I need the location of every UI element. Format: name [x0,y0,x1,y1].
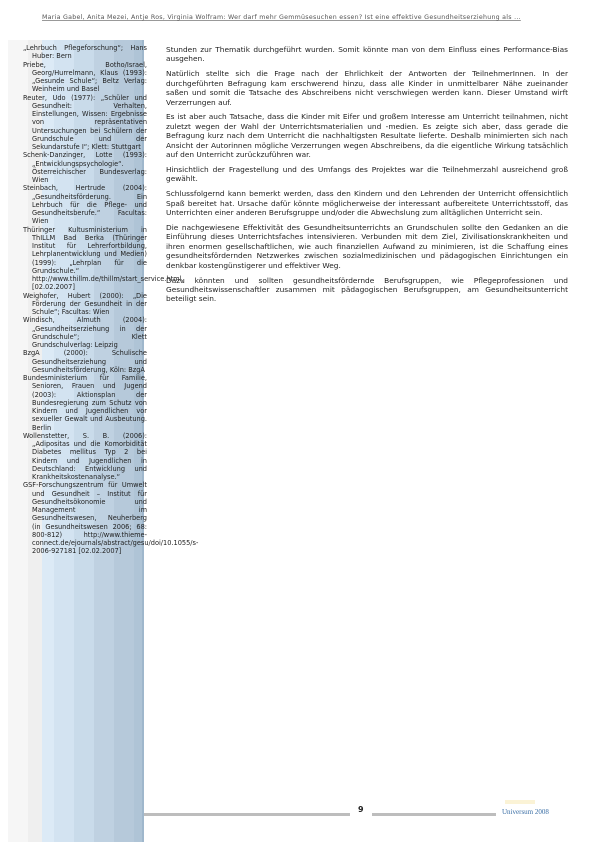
body-paragraph: Stunden zur Thematik durchgeführt wurden… [166,45,568,64]
reference-item: Schenk-Danzinger, Lotte (1993): „Entwick… [23,151,147,184]
reference-item: Weighofer, Hubert (2000): „Die Förderung… [23,292,147,317]
running-title: Maria Gabel, Anita Mezei, Antje Ros, Vir… [42,14,521,21]
running-header: Maria Gabel, Anita Mezei, Antje Ros, Vir… [0,0,595,26]
reference-item: GSF-Forschungszentrum für Umwelt und Ges… [23,481,147,555]
reference-item: Bundesministerium für Familie, Senioren,… [23,374,147,432]
page-number: 9 [358,805,364,814]
main-body-text: Stunden zur Thematik durchgeführt wurden… [166,45,568,309]
footer-rule [372,813,496,816]
body-paragraph: Dazu könnten und sollten gesundheitsförd… [166,276,568,304]
reference-list: „Lehrbuch Pflegeforschung“; Hans Huber: … [23,44,147,556]
reference-item: Steinbach, Hertrude (2004): „Gesundheits… [23,184,147,225]
reference-item: Windisch, Almuth (2004): „Gesundheitserz… [23,316,147,349]
footer-highlight [505,800,535,804]
reference-item: Wollenstetter, S. B. (2006): „Adipositas… [23,432,147,482]
reference-item: Reuter, Udo (1977): „Schüler und Gesundh… [23,94,147,152]
footer-rule [144,813,350,816]
footer-issue-label: Universum 2008 [502,808,549,816]
reference-item: BzgA (2000): Schulische Gesundheitserzie… [23,349,147,374]
body-paragraph: Natürlich stellte sich die Frage nach de… [166,69,568,107]
body-paragraph: Die nachgewiesene Effektivität des Gesun… [166,223,568,270]
reference-item: Priebe, Botho/Israel, Georg/Hurrelmann, … [23,61,147,94]
body-paragraph: Hinsichtlich der Fragestellung und des U… [166,165,568,184]
reference-item: „Lehrbuch Pflegeforschung“; Hans Huber: … [23,44,147,61]
body-paragraph: Es ist aber auch Tatsache, dass die Kind… [166,112,568,159]
reference-item: Thüringer Kultusministerium in ThILLM Ba… [23,226,147,292]
body-paragraph: Schlussfolgernd kann bemerkt werden, das… [166,189,568,217]
